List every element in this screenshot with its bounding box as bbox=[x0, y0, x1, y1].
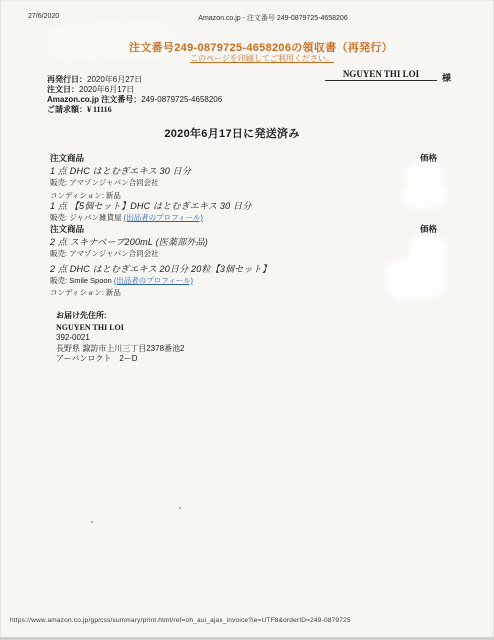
condition-line: コンディション: 新品 bbox=[50, 191, 437, 200]
seller-label: 販売: bbox=[50, 276, 67, 285]
reissue-date-line: 再発行日：2020年6月27日 bbox=[47, 75, 222, 85]
shipping-address-postal: 392-0021 bbox=[56, 333, 184, 344]
shipment-status-heading: 2020年6月17日に発送済み bbox=[164, 125, 299, 141]
billed-amount-value: ¥ 11116 bbox=[87, 105, 112, 114]
seller-line: 販売: Smile Spoon (出品者のプロフィール) bbox=[50, 276, 437, 285]
section-2-header-row: 注文商品 価格 bbox=[50, 224, 437, 234]
order-number-label: Amazon.co.jp 注文番号： bbox=[47, 95, 141, 104]
seller-line: 販売: アマゾンジャパン合同会社 bbox=[50, 178, 437, 187]
seller-label: 販売: bbox=[50, 178, 67, 187]
shipping-address-label: お届け先住所: bbox=[56, 311, 184, 322]
items-column-header: 注文商品 bbox=[50, 153, 84, 163]
scan-speck bbox=[179, 507, 181, 509]
price-column-header: 価格 bbox=[420, 153, 437, 163]
seller-label: 販売: bbox=[50, 213, 67, 222]
product-title: 1 点 DHC はとむぎエキス 30 日分 bbox=[50, 166, 437, 177]
seller-line: 販売: アマゾンジャパン合同会社 bbox=[50, 249, 437, 258]
order-items-section-1: 注文商品 価格 1 点 DHC はとむぎエキス 30 日分 販売: アマゾンジャ… bbox=[50, 153, 437, 222]
product-title: 2 点 スキナベーブ200mL (医薬部外品) bbox=[50, 237, 437, 248]
redaction-mark-price-2b bbox=[387, 260, 443, 298]
seller-label: 販売: bbox=[50, 249, 67, 258]
shipping-address-name: NGUYEN THI LOI bbox=[56, 323, 184, 334]
billed-amount-label: ご請求額： bbox=[47, 105, 87, 114]
order-date-value: 2020年6月17日 bbox=[79, 85, 134, 94]
print-header-title: Amazon.co.jp - 注文番号 249-0879725-4658206 bbox=[198, 13, 347, 23]
shipping-address-line2: アーバンロクト 2ーD bbox=[56, 354, 184, 365]
order-date-line: 注文日：2020年6月17日 bbox=[47, 85, 222, 95]
print-header-date: 27/6/2020 bbox=[28, 13, 59, 20]
condition-line: コンディション: 新品 bbox=[50, 288, 437, 297]
price-column-header: 価格 bbox=[420, 224, 437, 234]
items-column-header: 注文商品 bbox=[50, 224, 84, 234]
order-number-value: 249-0879725-4658206 bbox=[141, 95, 222, 104]
shipping-address-block: お届け先住所: NGUYEN THI LOI 392-0021 長野県 諏訪市上… bbox=[56, 311, 184, 365]
billed-amount-line: ご請求額：¥ 11116 bbox=[47, 105, 222, 115]
redaction-mark-price-1b bbox=[405, 181, 445, 206]
order-info-block: 再発行日：2020年6月27日 注文日：2020年6月17日 Amazon.co… bbox=[47, 75, 222, 115]
order-items-section-2: 注文商品 価格 2 点 スキナベーブ200mL (医薬部外品) 販売: アマゾン… bbox=[50, 224, 437, 297]
print-footer-url: https://www.amazon.co.jp/gp/css/summary/… bbox=[10, 617, 351, 624]
seller-name: Smile Spoon bbox=[69, 276, 112, 285]
seller-name: アマゾンジャパン合同会社 bbox=[69, 249, 158, 258]
order-date-label: 注文日： bbox=[47, 85, 79, 94]
seller-line: 販売: ジャパン雑貨屋 (出品者のプロフィール) bbox=[50, 213, 437, 222]
print-this-page-link[interactable]: このページを印刷してご利用ください。 bbox=[190, 53, 334, 64]
reissue-date-label: 再発行日： bbox=[47, 75, 87, 84]
recipient-name: NGUYEN THI LOI bbox=[325, 69, 437, 81]
seller-profile-link[interactable]: (出品者のプロフィール) bbox=[114, 276, 193, 285]
seller-name: アマゾンジャパン合同会社 bbox=[69, 178, 158, 187]
reissue-date-value: 2020年6月27日 bbox=[87, 75, 142, 84]
order-number-line: Amazon.co.jp 注文番号：249-0879725-4658206 bbox=[47, 95, 222, 105]
shipping-address-line1: 長野県 諏訪市上川三丁目2378番池2 bbox=[56, 344, 184, 355]
receipt-page: 27/6/2020 Amazon.co.jp - 注文番号 249-087972… bbox=[0, 0, 494, 640]
seller-profile-link[interactable]: (出品者のプロフィール) bbox=[124, 213, 203, 222]
section-1-header-row: 注文商品 価格 bbox=[50, 153, 437, 163]
product-title: 2 点 DHC はとむぎエキス 20日分 20粒【3個セット】 bbox=[50, 264, 437, 275]
recipient-honorific: 様 bbox=[442, 71, 451, 84]
scan-speck bbox=[91, 521, 93, 523]
seller-name: ジャパン雑貨屋 bbox=[69, 213, 121, 222]
product-title: 1 点 【5個セット】DHC はとむぎエキス 30 日分 bbox=[50, 201, 437, 212]
